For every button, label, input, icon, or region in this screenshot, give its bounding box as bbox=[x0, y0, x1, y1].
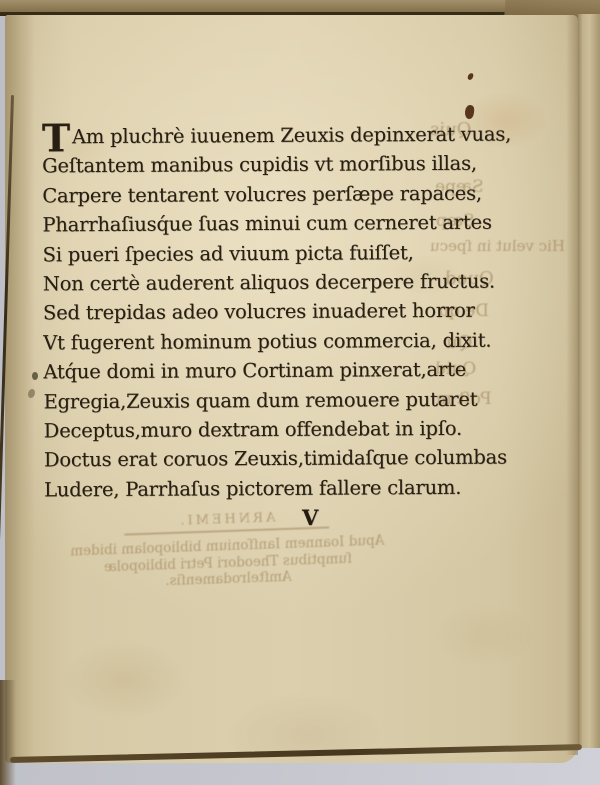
gutter-bottom-shadow bbox=[0, 680, 16, 785]
poem-line: Pharrhaſiusq́ue ſuas minui cum cerneret … bbox=[42, 208, 494, 240]
poem-line: Si pueri ſpecies ad viuum picta fuiſſet, bbox=[43, 237, 495, 269]
poem-line: Ludere, Parrhaſus pictorem fallere claru… bbox=[44, 472, 496, 504]
showthrough-imprint-city: ARNHEMI. bbox=[59, 506, 394, 533]
poem-line: Geſtantem manibus cupidis vt morſibus il… bbox=[42, 149, 494, 181]
poem-line: Deceptus,muro dextram offendebat in ipſo… bbox=[44, 414, 496, 446]
signature-mark: V bbox=[302, 505, 318, 530]
poem-text-block: T Am pluchrè iuuenem Zeuxis depinxerat v… bbox=[42, 120, 496, 505]
page-edge-shadow bbox=[566, 15, 578, 755]
drop-cap-initial: T bbox=[42, 123, 70, 153]
poem-line: Vt fugerent hominum potius commercia, di… bbox=[43, 325, 495, 357]
poem-line: Atq́ue domi in muro Cortinam pinxerat,ar… bbox=[43, 355, 495, 387]
poem-line: Doctus erat coruos Zeuxis,timidaſque col… bbox=[44, 443, 496, 475]
book-fore-edge bbox=[577, 14, 600, 748]
poem-line: Carpere tentarent volucres perſæpe rapac… bbox=[42, 178, 494, 210]
showthrough-imprint: ARNHEMI. Apud Ioannem Ianſſonium bibliop… bbox=[59, 506, 396, 593]
poem-line: Am pluchrè iuuenem Zeuxis depinxerat vua… bbox=[42, 120, 494, 152]
ink-speck bbox=[467, 72, 474, 80]
poem-line: Sed trepidas adeo volucres inuaderet hor… bbox=[43, 296, 495, 328]
ink-speck bbox=[32, 372, 38, 380]
book-page: Quis Sæpe Sæp Hic velut in ſpecu Quod De… bbox=[5, 15, 578, 763]
book-photo: Quis Sæpe Sæp Hic velut in ſpecu Quod De… bbox=[0, 0, 600, 785]
ink-speck bbox=[464, 104, 475, 119]
poem-line: Egregia,Zeuxis quam dum remouere putaret bbox=[43, 384, 495, 416]
poem-line: Non certè auderent aliquos decerpere fru… bbox=[43, 267, 495, 299]
